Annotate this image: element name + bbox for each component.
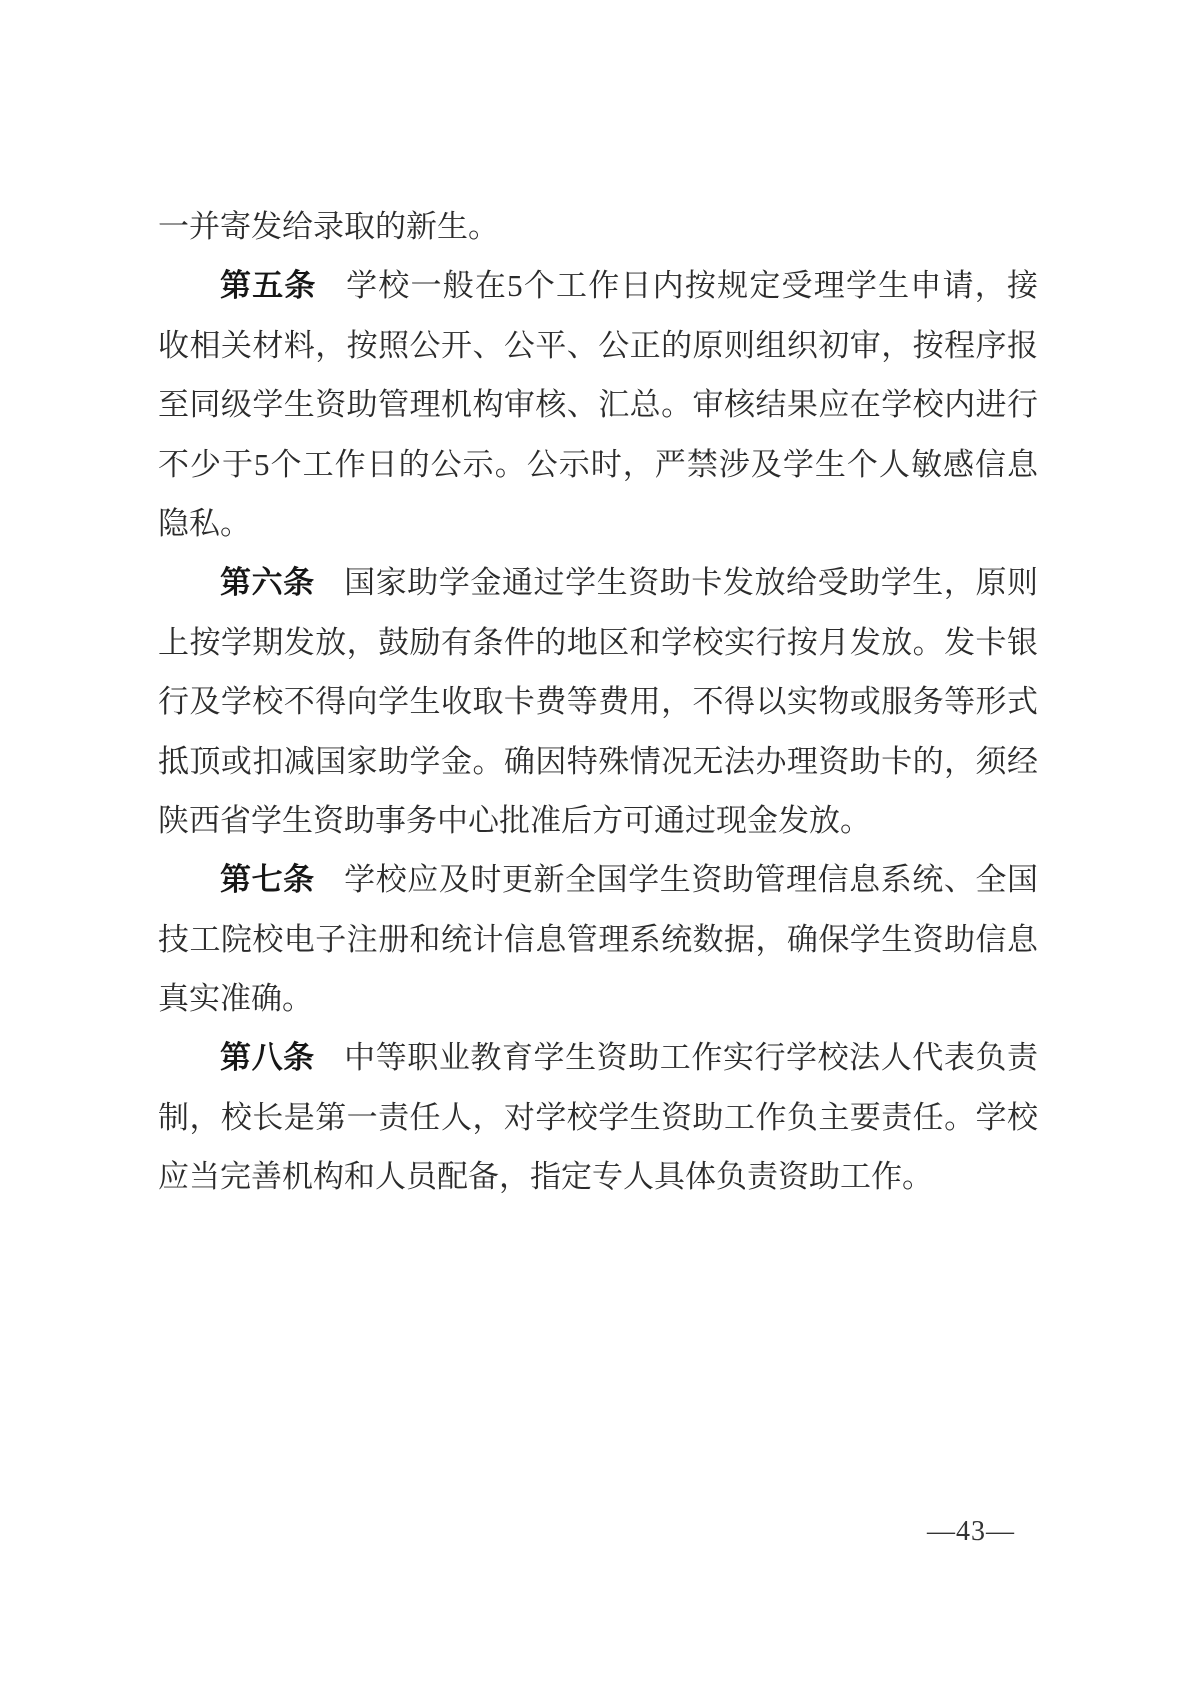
line-text: 收相关材料，按照公开、公平、公正的原则组织初审，按程序报 <box>158 328 1038 363</box>
paragraph-line: 制，校长是第一责任人，对学校学生资助工作负主要责任。学校 <box>158 1088 1038 1147</box>
line-text: 中等职业教育学生资助工作实行学校法人代表负责 <box>344 1040 1038 1075</box>
paragraph-line: 上按学期发放，鼓励有条件的地区和学校实行按月发放。发卡银 <box>158 613 1038 672</box>
paragraph-line: 不少于5个工作日的公示。公示时，严禁涉及学生个人敏感信息及 <box>158 435 1038 494</box>
line-text: 抵顶或扣减国家助学金。确因特殊情况无法办理资助卡的，须经 <box>158 744 1038 779</box>
paragraph-line: 第七条学校应及时更新全国学生资助管理信息系统、全国 <box>158 850 1038 909</box>
line-text: 至同级学生资助管理机构审核、汇总。审核结果应在学校内进行 <box>158 387 1038 422</box>
paragraph-line: 隐私。 <box>158 494 1038 553</box>
article-number-label: 第六条 <box>220 565 315 600</box>
line-text: 学校应及时更新全国学生资助管理信息系统、全国 <box>344 862 1038 897</box>
text-block: 一并寄发给录取的新生。 第五条学校一般在5个工作日内按规定受理学生申请，接 收相… <box>158 197 1038 1207</box>
line-text: 不少于5个工作日的公示。公示时，严禁涉及学生个人敏感信息及 <box>158 447 1038 494</box>
article-number-label: 第八条 <box>220 1040 315 1075</box>
page-number: —43— <box>886 1512 1056 1552</box>
document-page: 一并寄发给录取的新生。 第五条学校一般在5个工作日内按规定受理学生申请，接 收相… <box>0 0 1200 1694</box>
line-text: 真实准确。 <box>158 981 313 1016</box>
paragraph-line: 至同级学生资助管理机构审核、汇总。审核结果应在学校内进行 <box>158 375 1038 434</box>
paragraph-line: 应当完善机构和人员配备，指定专人具体负责资助工作。 <box>158 1147 1038 1206</box>
paragraph-line: 第五条学校一般在5个工作日内按规定受理学生申请，接 <box>158 256 1038 315</box>
line-text: 制，校长是第一责任人，对学校学生资助工作负主要责任。学校 <box>158 1100 1038 1135</box>
line-text: 技工院校电子注册和统计信息管理系统数据，确保学生资助信息 <box>158 922 1038 957</box>
line-text: 陕西省学生资助事务中心批准后方可通过现金发放。 <box>158 803 871 838</box>
paragraph-line: 陕西省学生资助事务中心批准后方可通过现金发放。 <box>158 791 1038 850</box>
line-text: 国家助学金通过学生资助卡发放给受助学生，原则 <box>344 565 1038 600</box>
line-text: 学校一般在5个工作日内按规定受理学生申请，接 <box>346 268 1038 303</box>
line-text: 行及学校不得向学生收取卡费等费用，不得以实物或服务等形式 <box>158 684 1038 719</box>
paragraph-line: 真实准确。 <box>158 969 1038 1028</box>
line-text: 上按学期发放，鼓励有条件的地区和学校实行按月发放。发卡银 <box>158 625 1038 660</box>
article-number-label: 第七条 <box>220 862 315 897</box>
line-text: 隐私。 <box>158 506 251 541</box>
paragraph-line: 收相关材料，按照公开、公平、公正的原则组织初审，按程序报 <box>158 316 1038 375</box>
paragraph-line: 技工院校电子注册和统计信息管理系统数据，确保学生资助信息 <box>158 910 1038 969</box>
paragraph-line: 第六条国家助学金通过学生资助卡发放给受助学生，原则 <box>158 553 1038 612</box>
line-text: 一并寄发给录取的新生。 <box>158 209 499 244</box>
article-number-label: 第五条 <box>220 268 317 303</box>
paragraph-line: 抵顶或扣减国家助学金。确因特殊情况无法办理资助卡的，须经 <box>158 732 1038 791</box>
paragraph-line: 行及学校不得向学生收取卡费等费用，不得以实物或服务等形式 <box>158 672 1038 731</box>
line-text: 应当完善机构和人员配备，指定专人具体负责资助工作。 <box>158 1159 933 1194</box>
paragraph-line: 一并寄发给录取的新生。 <box>158 197 1038 256</box>
paragraph-line: 第八条中等职业教育学生资助工作实行学校法人代表负责 <box>158 1028 1038 1087</box>
